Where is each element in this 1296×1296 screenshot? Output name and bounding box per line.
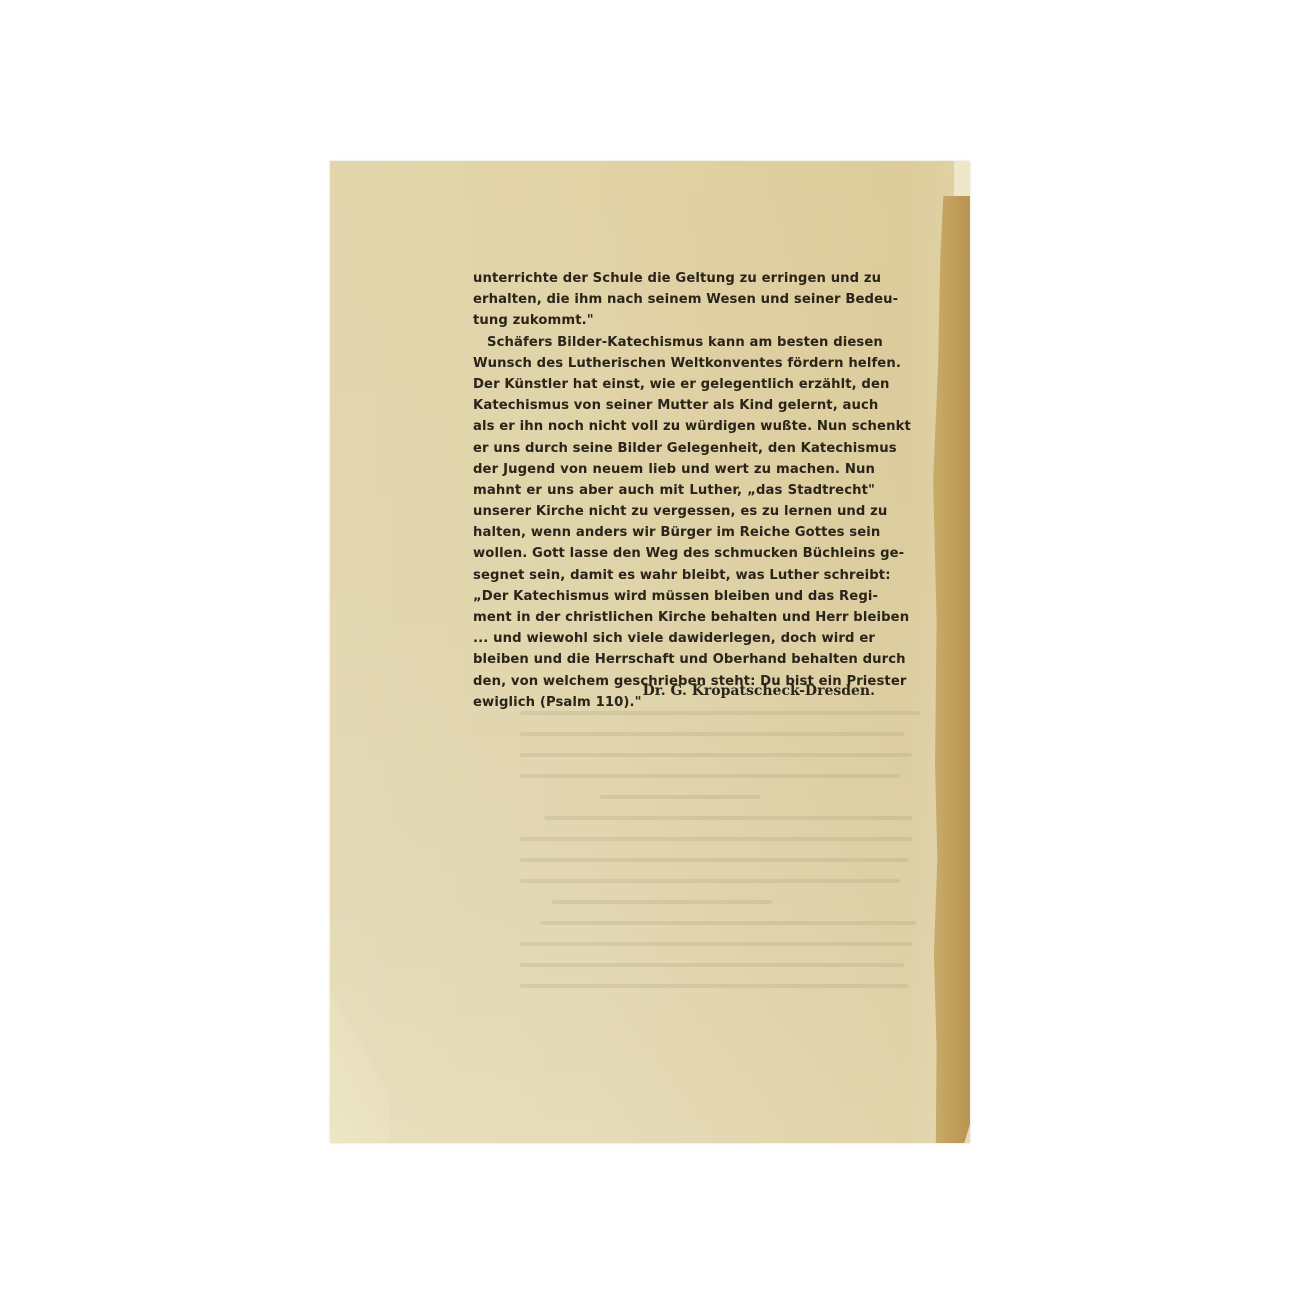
text-line: segnet sein, damit es wahr bleibt, was L… (473, 565, 875, 586)
text-line: halten, wenn anders wir Bürger im Reiche… (473, 522, 875, 543)
text-line: Wunsch des Lutherischen Weltkonventes fö… (473, 353, 875, 374)
text-line: als er ihn noch nicht voll zu würdigen w… (473, 416, 875, 437)
body-text: unterrichte der Schule die Geltung zu er… (473, 268, 875, 713)
text-line: wollen. Gott lasse den Weg des schmucken… (473, 543, 875, 564)
text-line: erhalten, die ihm nach seinem Wesen und … (473, 289, 875, 310)
author-signature: Dr. G. Kropatscheck-Dresden. (473, 683, 875, 699)
page-edge-strip (954, 161, 970, 201)
page-corner-fold (330, 993, 390, 1143)
bleed-through-text (520, 711, 920, 1005)
text-line: der Jugend von neuem lieb und wert zu ma… (473, 459, 875, 480)
text-line: unterrichte der Schule die Geltung zu er… (473, 268, 875, 289)
text-line: ment in der christlichen Kirche behalten… (473, 607, 875, 628)
text-line: Schäfers Bilder-Katechismus kann am best… (473, 332, 875, 353)
text-line: Katechismus von seiner Mutter als Kind g… (473, 395, 875, 416)
text-line: bleiben und die Herrschaft und Oberhand … (473, 649, 875, 670)
text-line: ... und wiewohl sich viele dawiderlegen,… (473, 628, 875, 649)
text-line: Der Künstler hat einst, wie er gelegentl… (473, 374, 875, 395)
text-line: unserer Kirche nicht zu vergessen, es zu… (473, 501, 875, 522)
book-page: unterrichte der Schule die Geltung zu er… (330, 161, 970, 1143)
text-line: „Der Katechismus wird müssen bleiben und… (473, 586, 875, 607)
text-line: mahnt er uns aber auch mit Luther, „das … (473, 480, 875, 501)
text-line: tung zukommt." (473, 310, 875, 331)
text-line: er uns durch seine Bilder Gelegenheit, d… (473, 438, 875, 459)
